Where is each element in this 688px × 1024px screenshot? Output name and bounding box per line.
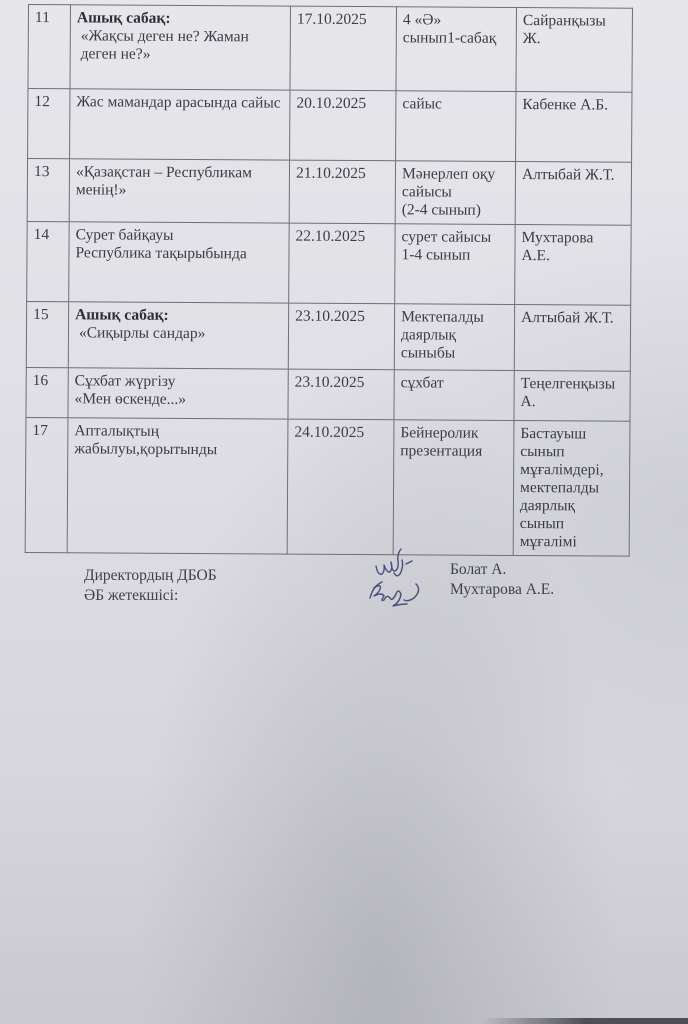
event-date: 22.10.2025 bbox=[289, 223, 395, 304]
signoff-title-head: ӘБ жетекшісі: bbox=[84, 586, 217, 606]
event-form-text: презентация bbox=[400, 442, 507, 461]
signoff-titles: Директордың ДБОБ ӘБ жетекшісі: bbox=[84, 566, 217, 606]
event-title-text: Апталықтың bbox=[74, 422, 281, 441]
event-type-label: Ашық сабақ: bbox=[77, 9, 284, 28]
event-title-text: Сұхбат жүргізу bbox=[75, 372, 282, 391]
row-number: 13 bbox=[27, 159, 69, 222]
event-title-cell: Сұхбат жүргізу«Мен өскенде...» bbox=[68, 368, 288, 419]
event-date: 24.10.2025 bbox=[287, 419, 394, 555]
responsible-cell: Теңелгенқызы А. bbox=[514, 370, 630, 421]
table-row: 13«Қазақстан – Республикам менің!»21.10.… bbox=[27, 159, 631, 226]
event-form-text: сайыс bbox=[402, 95, 509, 114]
page-edge-shadow bbox=[0, 1018, 688, 1024]
row-number: 17 bbox=[25, 417, 68, 552]
event-form-text: сынып1-сабақ bbox=[403, 29, 510, 48]
event-title-text: жабылуы,қорытынды bbox=[74, 440, 281, 459]
table-row: 17Апталықтыңжабылуы,қорытынды24.10.2025Б… bbox=[25, 417, 630, 556]
responsible-person: Сайранқызы Ж. bbox=[523, 12, 626, 49]
event-title-text: «Жақсы деген не? Жаман деген не?» bbox=[77, 27, 284, 64]
event-date: 23.10.2025 bbox=[288, 303, 394, 370]
table-row: 15Ашық сабақ: «Сиқырлы сандар»23.10.2025… bbox=[26, 301, 630, 371]
responsible-cell: Кабенке А.Б. bbox=[516, 91, 632, 162]
event-form-text: 4 «Ә» bbox=[403, 11, 510, 30]
event-form-cell: Мектепалдыдаярлықсыныбы bbox=[394, 304, 514, 371]
responsible-person: Алтыбай Ж.Т. bbox=[522, 166, 625, 185]
event-date: 17.10.2025 bbox=[290, 6, 397, 91]
event-title-text: «Сиқырлы сандар» bbox=[75, 324, 282, 343]
event-title-text: «Қазақстан – Республикам менің!» bbox=[76, 163, 283, 200]
event-form-text: сайысы bbox=[402, 183, 509, 202]
event-title-text: «Мен өскенде...» bbox=[75, 390, 282, 409]
table-row: 12Жас мамандар арасында сайыс20.10.2025 … bbox=[28, 89, 632, 163]
handwritten-signature-icon bbox=[362, 548, 432, 612]
event-form-text: сурет сайысы bbox=[402, 228, 509, 247]
signoff-name-head: Мухтарова А.Е. bbox=[450, 580, 554, 600]
event-title-text: Жас мамандар арасында сайыс bbox=[76, 93, 283, 112]
event-date: 20.10.2025 bbox=[290, 90, 396, 161]
signoff-name-director: Болат А. bbox=[450, 560, 554, 580]
event-form-cell: Мәнерлеп оқусайысы(2-4 сынып) bbox=[395, 161, 515, 225]
row-number: 16 bbox=[26, 367, 68, 417]
table-row: 14Сурет байқауыРеспублика тақырыбында22.… bbox=[27, 221, 631, 305]
responsible-person: даярлық сынып bbox=[520, 497, 623, 534]
table-row: 16Сұхбат жүргізу«Мен өскенде...»23.10.20… bbox=[26, 367, 630, 421]
event-form-text: сұхбат bbox=[401, 374, 508, 393]
responsible-person: мұғалімдері, bbox=[520, 461, 623, 480]
event-form-text: Мәнерлеп оқу bbox=[402, 165, 509, 184]
event-title-cell: Ашық сабақ: «Жақсы деген не? Жаман деген… bbox=[70, 5, 291, 90]
event-form-text: (2-4 сынып) bbox=[402, 201, 509, 220]
row-number: 12 bbox=[28, 89, 70, 159]
signoff-names: Болат А. Мухтарова А.Е. bbox=[450, 560, 554, 600]
events-table-container: 11Ашық сабақ: «Жақсы деген не? Жаман дег… bbox=[25, 4, 632, 557]
events-table: 11Ашық сабақ: «Жақсы деген не? Жаман дег… bbox=[25, 4, 633, 557]
responsible-person: мектепалды bbox=[520, 479, 623, 498]
event-form-cell: сұхбат bbox=[394, 370, 514, 421]
responsible-person: Алтыбай Ж.Т. bbox=[521, 309, 624, 328]
event-form-text: сыныбы bbox=[401, 344, 508, 363]
event-type-label: Ашық сабақ: bbox=[75, 306, 282, 325]
event-form-text: даярлық bbox=[401, 326, 508, 345]
responsible-person: Теңелгенқызы А. bbox=[521, 375, 624, 412]
event-title-cell: Жас мамандар арасында сайыс bbox=[70, 89, 290, 160]
signoff-title-director: Директордың ДБОБ bbox=[84, 566, 217, 586]
event-title-text: Сурет байқауы bbox=[76, 226, 283, 245]
row-number: 11 bbox=[28, 5, 71, 89]
responsible-cell: Алтыбай Ж.Т. bbox=[515, 161, 631, 225]
responsible-cell: Сайранқызы Ж. bbox=[516, 7, 633, 92]
responsible-cell: Алтыбай Ж.Т. bbox=[514, 304, 630, 371]
event-title-cell: «Қазақстан – Республикам менің!» bbox=[69, 159, 289, 223]
event-form-text: Мектепалды bbox=[401, 308, 508, 327]
event-date: 21.10.2025 bbox=[289, 160, 395, 224]
event-form-text: 1-4 сынып bbox=[401, 246, 508, 265]
responsible-person: Мухтарова А.Е. bbox=[521, 229, 624, 266]
row-number: 15 bbox=[26, 301, 68, 367]
row-number: 14 bbox=[27, 221, 69, 301]
events-table-body: 11Ашық сабақ: «Жақсы деген не? Жаман дег… bbox=[25, 5, 632, 557]
event-form-cell: 4 «Ә»сынып1-сабақ bbox=[396, 7, 517, 92]
table-row: 11Ашық сабақ: «Жақсы деген не? Жаман дег… bbox=[28, 5, 633, 93]
event-title-cell: Сурет байқауыРеспублика тақырыбында bbox=[69, 222, 289, 303]
event-form-text: Бейнеролик bbox=[400, 424, 507, 443]
event-title-text: Республика тақырыбында bbox=[75, 244, 282, 263]
event-title-cell: Апталықтыңжабылуы,қорытынды bbox=[67, 418, 288, 554]
responsible-person: мұғалімі bbox=[520, 533, 623, 552]
event-date: 23.10.2025 bbox=[288, 369, 394, 420]
responsible-person: Кабенке А.Б. bbox=[522, 96, 625, 115]
responsible-cell: Мухтарова А.Е. bbox=[515, 224, 631, 305]
responsible-cell: Бастауыш сыныпмұғалімдері,мектепалдыдаяр… bbox=[513, 420, 630, 556]
responsible-person: Бастауыш сынып bbox=[520, 425, 623, 462]
event-title-cell: Ашық сабақ: «Сиқырлы сандар» bbox=[68, 302, 288, 369]
event-form-cell: Бейнероликпрезентация bbox=[393, 420, 514, 556]
event-form-cell: сурет сайысы1-4 сынып bbox=[395, 224, 515, 305]
event-form-cell: сайыс bbox=[396, 91, 516, 162]
